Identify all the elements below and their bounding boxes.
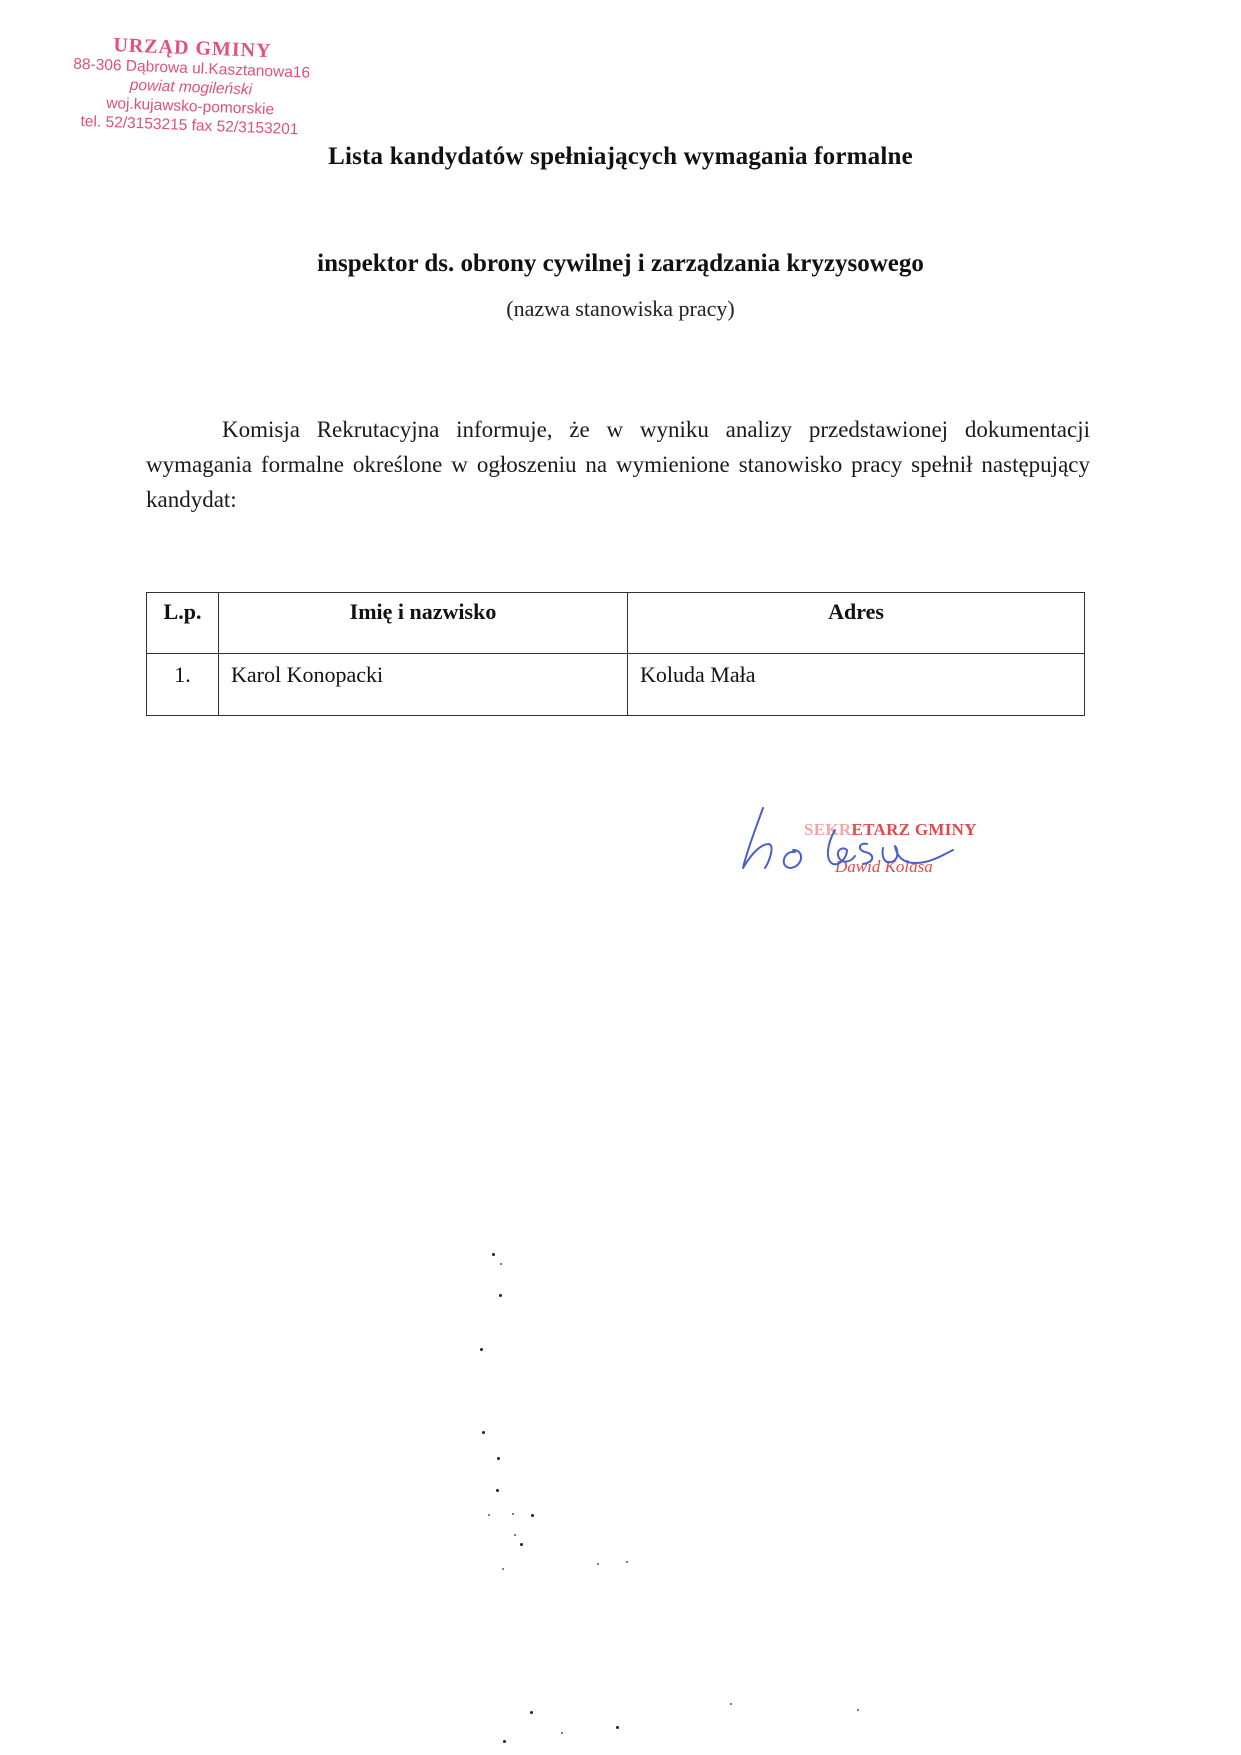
cell-name: Karol Konopacki bbox=[219, 654, 628, 716]
header-address: Adres bbox=[628, 593, 1085, 654]
scan-speck bbox=[488, 1514, 490, 1516]
cell-lp: 1. bbox=[147, 654, 219, 716]
scan-speck bbox=[520, 1543, 523, 1546]
header-name: Imię i nazwisko bbox=[219, 593, 628, 654]
header-lp: L.p. bbox=[147, 593, 219, 654]
scan-speck bbox=[561, 1732, 563, 1734]
scan-speck bbox=[480, 1348, 483, 1351]
scan-speck bbox=[531, 1514, 534, 1517]
scan-speck bbox=[514, 1534, 516, 1536]
position-name: inspektor ds. obrony cywilnej i zarządza… bbox=[0, 250, 1241, 278]
candidates-table: L.p. Imię i nazwisko Adres 1. Karol Kono… bbox=[146, 592, 1085, 716]
scan-speck bbox=[730, 1703, 732, 1705]
scan-speck bbox=[597, 1563, 599, 1565]
body-paragraph-text: Komisja Rekrutacyjna informuje, że w wyn… bbox=[146, 417, 1090, 512]
scan-speck bbox=[530, 1711, 533, 1714]
scan-speck bbox=[497, 1457, 500, 1460]
scan-speck bbox=[857, 1709, 859, 1711]
document-title-text: Lista kandydatów spełniających wymagania… bbox=[328, 143, 913, 170]
scan-speck bbox=[616, 1726, 619, 1729]
position-note: (nazwa stanowiska pracy) bbox=[0, 296, 1241, 322]
scan-speck bbox=[499, 1294, 502, 1297]
scan-speck bbox=[500, 1263, 502, 1265]
scan-speck bbox=[496, 1489, 499, 1492]
scan-speck bbox=[626, 1561, 628, 1563]
table-row: 1. Karol Konopacki Koluda Mała bbox=[147, 654, 1085, 716]
office-stamp: URZĄD GMINY 88-306 Dąbrowa ul.Kasztanowa… bbox=[54, 32, 328, 140]
body-paragraph: Komisja Rekrutacyjna informuje, że w wyn… bbox=[146, 412, 1090, 517]
handwritten-signature-icon bbox=[735, 800, 975, 880]
cell-address: Koluda Mała bbox=[628, 654, 1085, 716]
scan-speck bbox=[482, 1431, 485, 1434]
document-title: Lista kandydatów spełniających wymagania… bbox=[0, 143, 1241, 171]
scan-speck bbox=[512, 1513, 514, 1515]
scan-speck bbox=[502, 1568, 504, 1570]
scan-speck bbox=[492, 1253, 495, 1256]
table-header-row: L.p. Imię i nazwisko Adres bbox=[147, 593, 1085, 654]
scan-speck bbox=[503, 1740, 506, 1743]
